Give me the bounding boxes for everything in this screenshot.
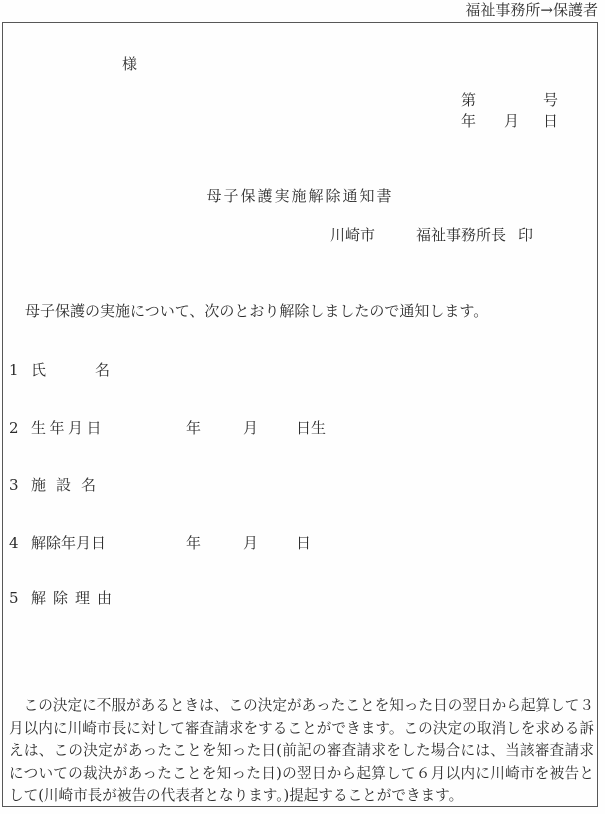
form-border-box: 様 第 号 年 月 日 母子保護実施解除通知書 川崎市 福祉事務所長 印 母子保…	[2, 22, 598, 807]
birthdate-year-label: 年	[186, 420, 201, 437]
cancel-date-year-label: 年	[186, 535, 201, 552]
issuer-office-title: 福祉事務所長	[416, 227, 506, 244]
form-item-cancel-date: 4 解除年月日 年 月 日	[3, 535, 597, 557]
item-number: 5	[9, 590, 19, 607]
item-number: 4	[9, 535, 19, 552]
addressee-honorific: 様	[122, 56, 137, 73]
item-number: 1	[9, 362, 19, 379]
form-item-cancel-reason: 5 解除理由	[3, 590, 597, 612]
birthdate-day-label: 日生	[296, 420, 326, 437]
issuer-city: 川崎市	[330, 227, 375, 244]
form-item-name: 1 氏名	[3, 362, 597, 384]
notice-body: 母子保護の実施について、次のとおり解除しましたので通知します。	[10, 303, 488, 320]
doc-number-suffix: 号	[543, 92, 558, 109]
item-label-facility: 施設名	[31, 477, 106, 494]
item-label-birthdate: 生年月日	[31, 420, 105, 437]
birthdate-month-label: 月	[243, 420, 258, 437]
item-label-cancel-reason: 解除理由	[31, 590, 119, 607]
document-page: 福祉事務所→保護者 様 第 号 年 月 日 母子保護実施解除通知書 川崎市 福祉…	[0, 0, 605, 814]
issue-date-year-label: 年	[461, 113, 476, 130]
item-label-name: 氏名	[31, 362, 159, 379]
appeal-notice: この決定に不服があるときは、この決定があったことを知った日の翌日から起算して３月…	[9, 695, 594, 808]
item-number: 2	[9, 420, 19, 437]
issue-date-day-label: 日	[543, 113, 558, 130]
item-label-cancel-date: 解除年月日	[31, 535, 106, 552]
routing-note: 福祉事務所→保護者	[465, 2, 598, 19]
issue-date-month-label: 月	[504, 113, 519, 130]
issuer-seal-mark: 印	[518, 227, 533, 244]
doc-number-prefix: 第	[461, 92, 476, 109]
item-number: 3	[9, 477, 19, 494]
form-item-facility: 3 施設名	[3, 477, 597, 499]
form-item-birthdate: 2 生年月日 年 月 日生	[3, 420, 597, 442]
document-title: 母子保護実施解除通知書	[3, 188, 597, 205]
cancel-date-day-label: 日	[296, 535, 311, 552]
cancel-date-month-label: 月	[243, 535, 258, 552]
